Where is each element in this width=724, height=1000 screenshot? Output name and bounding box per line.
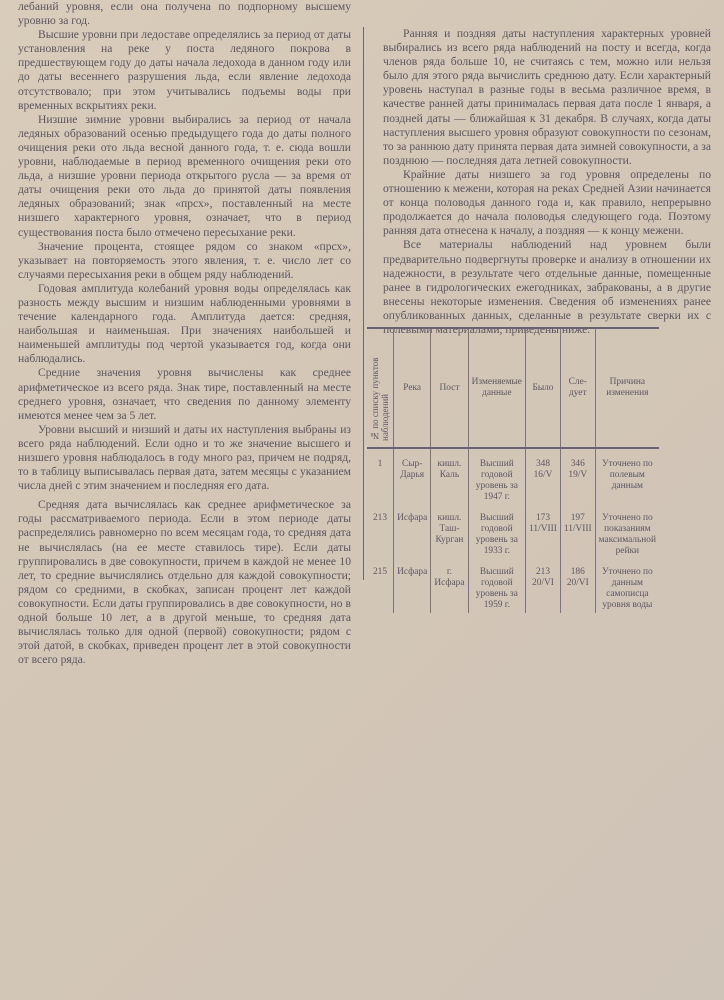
cell-changed-data: Высший годовой уровень за 1947 г.: [468, 448, 526, 505]
paragraph: Низшие зимние уровни выбирались за перио…: [18, 113, 351, 240]
cell-river: Исфара: [394, 559, 431, 613]
right-text-column: Ранняя и поздняя даты наступления характ…: [383, 27, 711, 337]
table-row: 215 Исфара г. Исфара Высший годовой уров…: [367, 559, 659, 613]
table-header-row: № по списку пунктов наблюдений Река Пост…: [367, 328, 659, 448]
cell-should-be: 18620/VI: [560, 559, 595, 613]
paragraph: Ранняя и поздняя даты наступления характ…: [383, 27, 711, 168]
cell-reason: Уточнено по данным самописца уровня воды: [595, 559, 659, 613]
column-divider: [363, 27, 364, 580]
header-should-be: Сле-дует: [560, 328, 595, 448]
cell-river: Сыр-Дарья: [394, 448, 431, 505]
data-changes-table: № по списку пунктов наблюдений Река Пост…: [367, 327, 659, 613]
header-number: № по списку пунктов наблюдений: [367, 328, 394, 448]
paragraph: Уровни высший и низший и даты их наступл…: [18, 423, 351, 493]
paragraph: Крайние даты низшего за год уровня опред…: [383, 168, 711, 238]
paragraph: Годовая амплитуда колебаний уровня воды …: [18, 282, 351, 367]
cell-changed-data: Высший годовой уровень за 1933 г.: [468, 505, 526, 559]
header-was: Было: [526, 328, 561, 448]
cell-number: 215: [367, 559, 394, 613]
header-river: Река: [394, 328, 431, 448]
cell-post: кишл. Каль: [431, 448, 468, 505]
paragraph: Средние значения уровня вычислены как ср…: [18, 366, 351, 422]
paragraph: Высшие уровни при ледоставе определялись…: [18, 28, 351, 113]
paragraph: Значение процента, стоящее рядом со знак…: [18, 240, 351, 282]
cell-was: 17311/VIII: [526, 505, 561, 559]
left-text-column: лебаний уровня, если она получена по под…: [18, 0, 351, 667]
cell-number: 1: [367, 448, 394, 505]
cell-reason: Уточнено по показаниям максимальной рейк…: [595, 505, 659, 559]
header-changed-data: Изменяемые данные: [468, 328, 526, 448]
cell-should-be: 19711/VIII: [560, 505, 595, 559]
table-row: 1 Сыр-Дарья кишл. Каль Высший годовой ур…: [367, 448, 659, 505]
cell-river: Исфара: [394, 505, 431, 559]
paragraph: Все материалы наблюдений над уровнем был…: [383, 238, 711, 337]
cell-post: г. Исфара: [431, 559, 468, 613]
cell-reason: Уточнено по полевым данным: [595, 448, 659, 505]
paragraph: Средняя дата вычислялась как среднее ари…: [18, 498, 351, 667]
cell-post: кишл. Таш-Курган: [431, 505, 468, 559]
header-post: Пост: [431, 328, 468, 448]
header-reason: Причина изменения: [595, 328, 659, 448]
cell-was: 21320/VI: [526, 559, 561, 613]
paragraph: лебаний уровня, если она получена по под…: [18, 0, 351, 28]
table-row: 213 Исфара кишл. Таш-Курган Высший годов…: [367, 505, 659, 559]
cell-changed-data: Высший годовой уровень за 1959 г.: [468, 559, 526, 613]
cell-was: 34816/V: [526, 448, 561, 505]
cell-number: 213: [367, 505, 394, 559]
cell-should-be: 34619/V: [560, 448, 595, 505]
